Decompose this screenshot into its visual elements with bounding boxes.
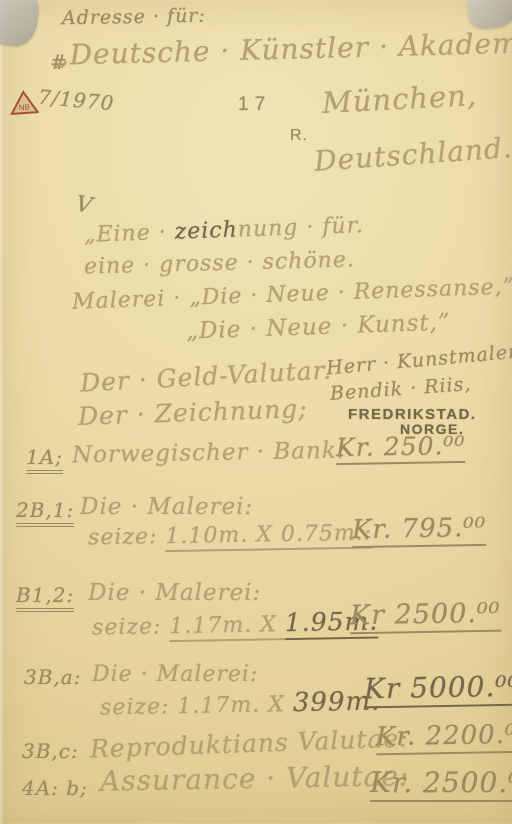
item-3-price-text: Kr 2500.⁰⁰: [350, 598, 501, 635]
item-2-label-text: 2B,1:: [16, 498, 74, 527]
academy-line: „Deutsche · Künstler · Akademie”,: [54, 27, 512, 70]
item-1-label-text: 1A;: [26, 445, 63, 474]
item-4-name: Die · Malerei:: [92, 663, 258, 686]
item-5-price-text: Kr. 2200.⁰⁰: [376, 720, 512, 756]
title-line-2: eine · grosse · schöne.: [84, 248, 355, 278]
item-2-name: Die · Malerei:: [80, 495, 253, 519]
tape-mark-top-right: [466, 0, 512, 30]
valuta-line-1: Der · Geld-Valutar.: [79, 357, 332, 396]
r-mark: R.: [290, 128, 308, 145]
item-2-size-prefix: seize:: [88, 524, 166, 550]
title-line-3: Malerei · „Die · Neue · Renessanse,”: [72, 275, 512, 314]
item-2-price-text: Kr. 795.⁰⁰: [352, 513, 487, 548]
tape-mark-top-left: [0, 0, 42, 49]
item-1-price: Kr. 250.⁰⁰: [336, 433, 466, 462]
item-3-size: seize: 1.17m. X 1.95m.: [92, 609, 379, 640]
title-line-1-overwritten: zeich: [174, 218, 238, 245]
recipient-person-line: Bendik · Riis,: [329, 375, 472, 405]
item-3-size-value: 1.17m. X: [169, 612, 285, 642]
street-number: 17: [238, 95, 271, 115]
item-3-price: Kr 2500.⁰⁰: [350, 600, 501, 631]
recipient-name-line: Herr · Kunstmaleren: [326, 341, 512, 380]
title-line-4: „Die · Neue · Kunst,”: [186, 310, 451, 343]
item-2-label: 2B,1:: [16, 500, 74, 521]
item-3-size-prefix: seize:: [92, 614, 170, 640]
item-4-price-text: Kr 5000.⁰⁰: [364, 670, 512, 709]
city-line: München,: [321, 80, 477, 119]
item-4-size: seize: 1.17m. X 399m.: [100, 689, 381, 721]
item-6-price-text: Kr. 2500.⁰⁰: [370, 766, 512, 802]
item-5-name: Reproduktians Valutae:: [90, 725, 409, 762]
scanned-handwritten-letter: Adresse · für: # „Deutsche · Künstler · …: [0, 0, 512, 824]
title-line-1-end: nung · für.: [237, 213, 364, 242]
item-6-name: Assurance · Valutae:: [100, 761, 410, 796]
item-5-label: 3B,c:: [22, 741, 79, 762]
country-line: Deutschland.: [313, 133, 512, 176]
item-6-label: 4A: b;: [22, 778, 88, 799]
item-1-price-text: Kr. 250.⁰⁰: [336, 431, 466, 465]
title-line-1: „Eine · zeichnung · für.: [84, 214, 364, 247]
item-3-name: Die · Malerei:: [88, 581, 261, 605]
item-6-price: Kr. 2500.⁰⁰: [370, 768, 512, 797]
item-3-label-text: B1,2:: [16, 583, 74, 612]
title-line-1-start: „Eine ·: [84, 220, 175, 248]
item-4-label: 3B,a:: [24, 667, 81, 688]
item-1-name: Norwegischer · Bank:: [72, 439, 346, 468]
item-5-price: Kr. 2200.⁰⁰: [376, 722, 512, 752]
item-2-size: seize: 1.10m. X 0.75m.:: [88, 522, 372, 550]
archive-stamp-icon: NB: [9, 89, 39, 116]
item-4-size-value: 1.17m. X: [177, 692, 293, 719]
check-mark: V: [74, 193, 95, 219]
item-1-label: 1A;: [26, 447, 63, 468]
item-2-price: Kr. 795.⁰⁰: [352, 515, 487, 545]
stamp-number: 7/1970: [37, 87, 115, 115]
item-4-size-prefix: seize:: [100, 694, 178, 720]
item-3-label: B1,2:: [16, 585, 74, 606]
address-intro: Adresse · für:: [62, 7, 206, 29]
item-4-price: Kr 5000.⁰⁰: [364, 672, 512, 704]
item-2-size-value: 1.10m. X 0.75m.:: [165, 521, 372, 553]
svg-text:NB: NB: [18, 103, 30, 113]
valuta-line-2: Der · Zeichnung;: [78, 396, 308, 430]
